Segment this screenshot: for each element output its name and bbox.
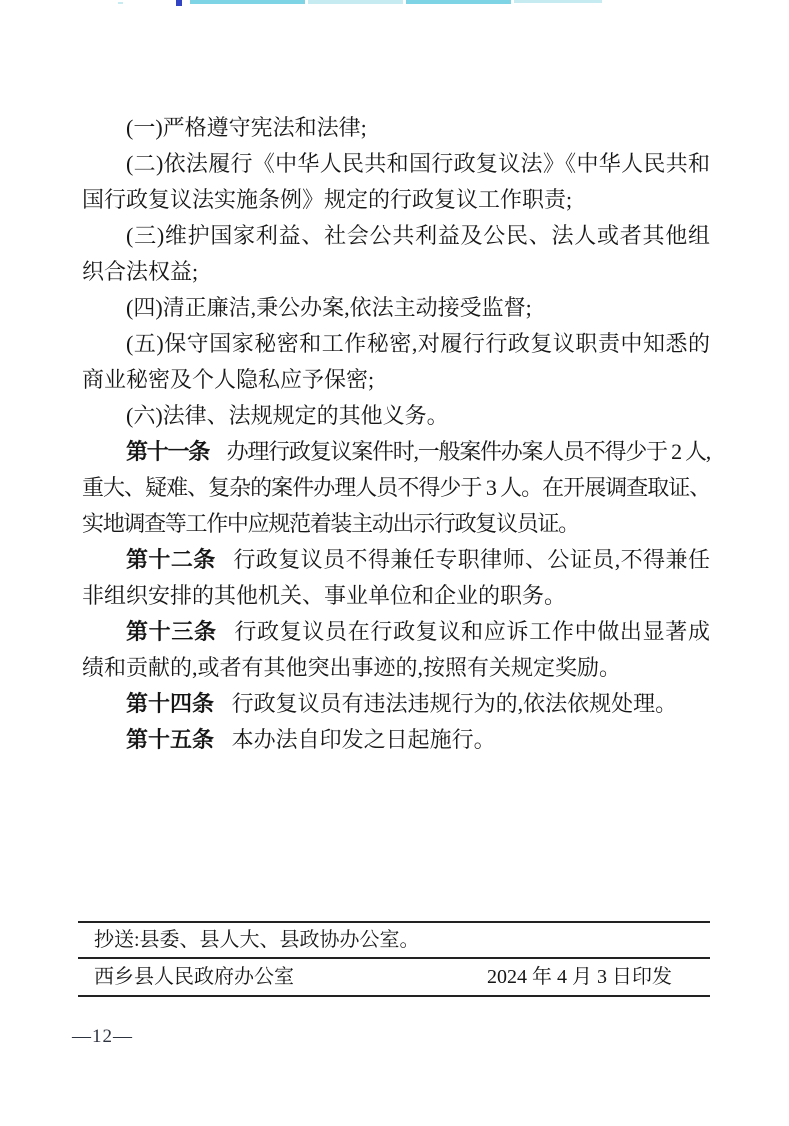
list-item-2: (二)依法履行《中华人民共和国行政复议法》《中华人民共和国行政复议法实施条例》规… — [82, 146, 710, 218]
paragraph-text: (一)严格遵守宪法和法律; — [126, 115, 367, 140]
paragraph-text: (二)依法履行《中华人民共和国行政复议法》《中华人民共和国行政复议法实施条例》规… — [82, 151, 710, 212]
article-label: 第十四条 — [126, 691, 214, 716]
list-item-3: (三)维护国家利益、社会公共利益及公民、法人或者其他组织合法权益; — [82, 218, 710, 290]
article-11-paragraph: 第十一条办理行政复议案件时,一般案件办案人员不得少于 2 人,重大、疑难、复杂的… — [82, 434, 710, 542]
scan-artifact-fragment — [176, 0, 182, 6]
print-date: 2024 年 4 月 3 日印发 — [487, 959, 672, 995]
document-body: (一)严格遵守宪法和法律; (二)依法履行《中华人民共和国行政复议法》《中华人民… — [82, 110, 710, 758]
copy-to-row: 抄送:县委、县人大、县政协办公室。 — [78, 923, 710, 959]
list-item-6: (六)法律、法规规定的其他义务。 — [82, 398, 710, 434]
article-15-paragraph: 第十五条本办法自印发之日起施行。 — [82, 722, 710, 758]
issuing-office: 西乡县人民政府办公室 — [94, 959, 294, 995]
paragraph-text: 本办法自印发之日起施行。 — [232, 727, 496, 752]
article-label: 第十一条 — [126, 439, 209, 464]
paragraph-text: (六)法律、法规规定的其他义务。 — [126, 403, 449, 428]
paragraph-text: (四)清正廉洁,秉公办案,依法主动接受监督; — [126, 295, 532, 320]
scan-artifact-fragment — [514, 0, 602, 3]
paragraph-text: (三)维护国家利益、社会公共利益及公民、法人或者其他组织合法权益; — [82, 223, 710, 284]
paragraph-text: (五)保守国家秘密和工作秘密,对履行行政复议职责中知悉的商业秘密及个人隐私应予保… — [82, 331, 710, 392]
document-page: { "document": { "page_number": "—12—", "… — [0, 0, 789, 1126]
scan-artifact-fragment — [118, 2, 123, 4]
scan-artifact-strip — [0, 0, 789, 8]
copy-to-text: 抄送:县委、县人大、县政协办公室。 — [94, 929, 420, 951]
article-label: 第十五条 — [126, 727, 214, 752]
article-label: 第十三条 — [126, 619, 217, 644]
issue-row: 西乡县人民政府办公室 2024 年 4 月 3 日印发 — [78, 959, 710, 997]
page-number: —12— — [72, 1026, 133, 1048]
list-item-4: (四)清正廉洁,秉公办案,依法主动接受监督; — [82, 290, 710, 326]
scan-artifact-fragment — [406, 0, 511, 4]
list-item-5: (五)保守国家秘密和工作秘密,对履行行政复议职责中知悉的商业秘密及个人隐私应予保… — [82, 326, 710, 398]
article-13-paragraph: 第十三条行政复议员在行政复议和应诉工作中做出显著成绩和贡献的,或者有其他突出事迹… — [82, 614, 710, 686]
document-footer: 抄送:县委、县人大、县政协办公室。 西乡县人民政府办公室 2024 年 4 月 … — [78, 921, 710, 997]
list-item-1: (一)严格遵守宪法和法律; — [82, 110, 710, 146]
scan-artifact-fragment — [190, 0, 305, 4]
article-14-paragraph: 第十四条行政复议员有违法违规行为的,依法依规处理。 — [82, 686, 710, 722]
article-12-paragraph: 第十二条行政复议员不得兼任专职律师、公证员,不得兼任非组织安排的其他机关、事业单… — [82, 542, 710, 614]
paragraph-text: 行政复议员有违法违规行为的,依法依规处理。 — [232, 691, 678, 716]
scan-artifact-fragment — [308, 0, 403, 4]
article-label: 第十二条 — [126, 547, 216, 572]
